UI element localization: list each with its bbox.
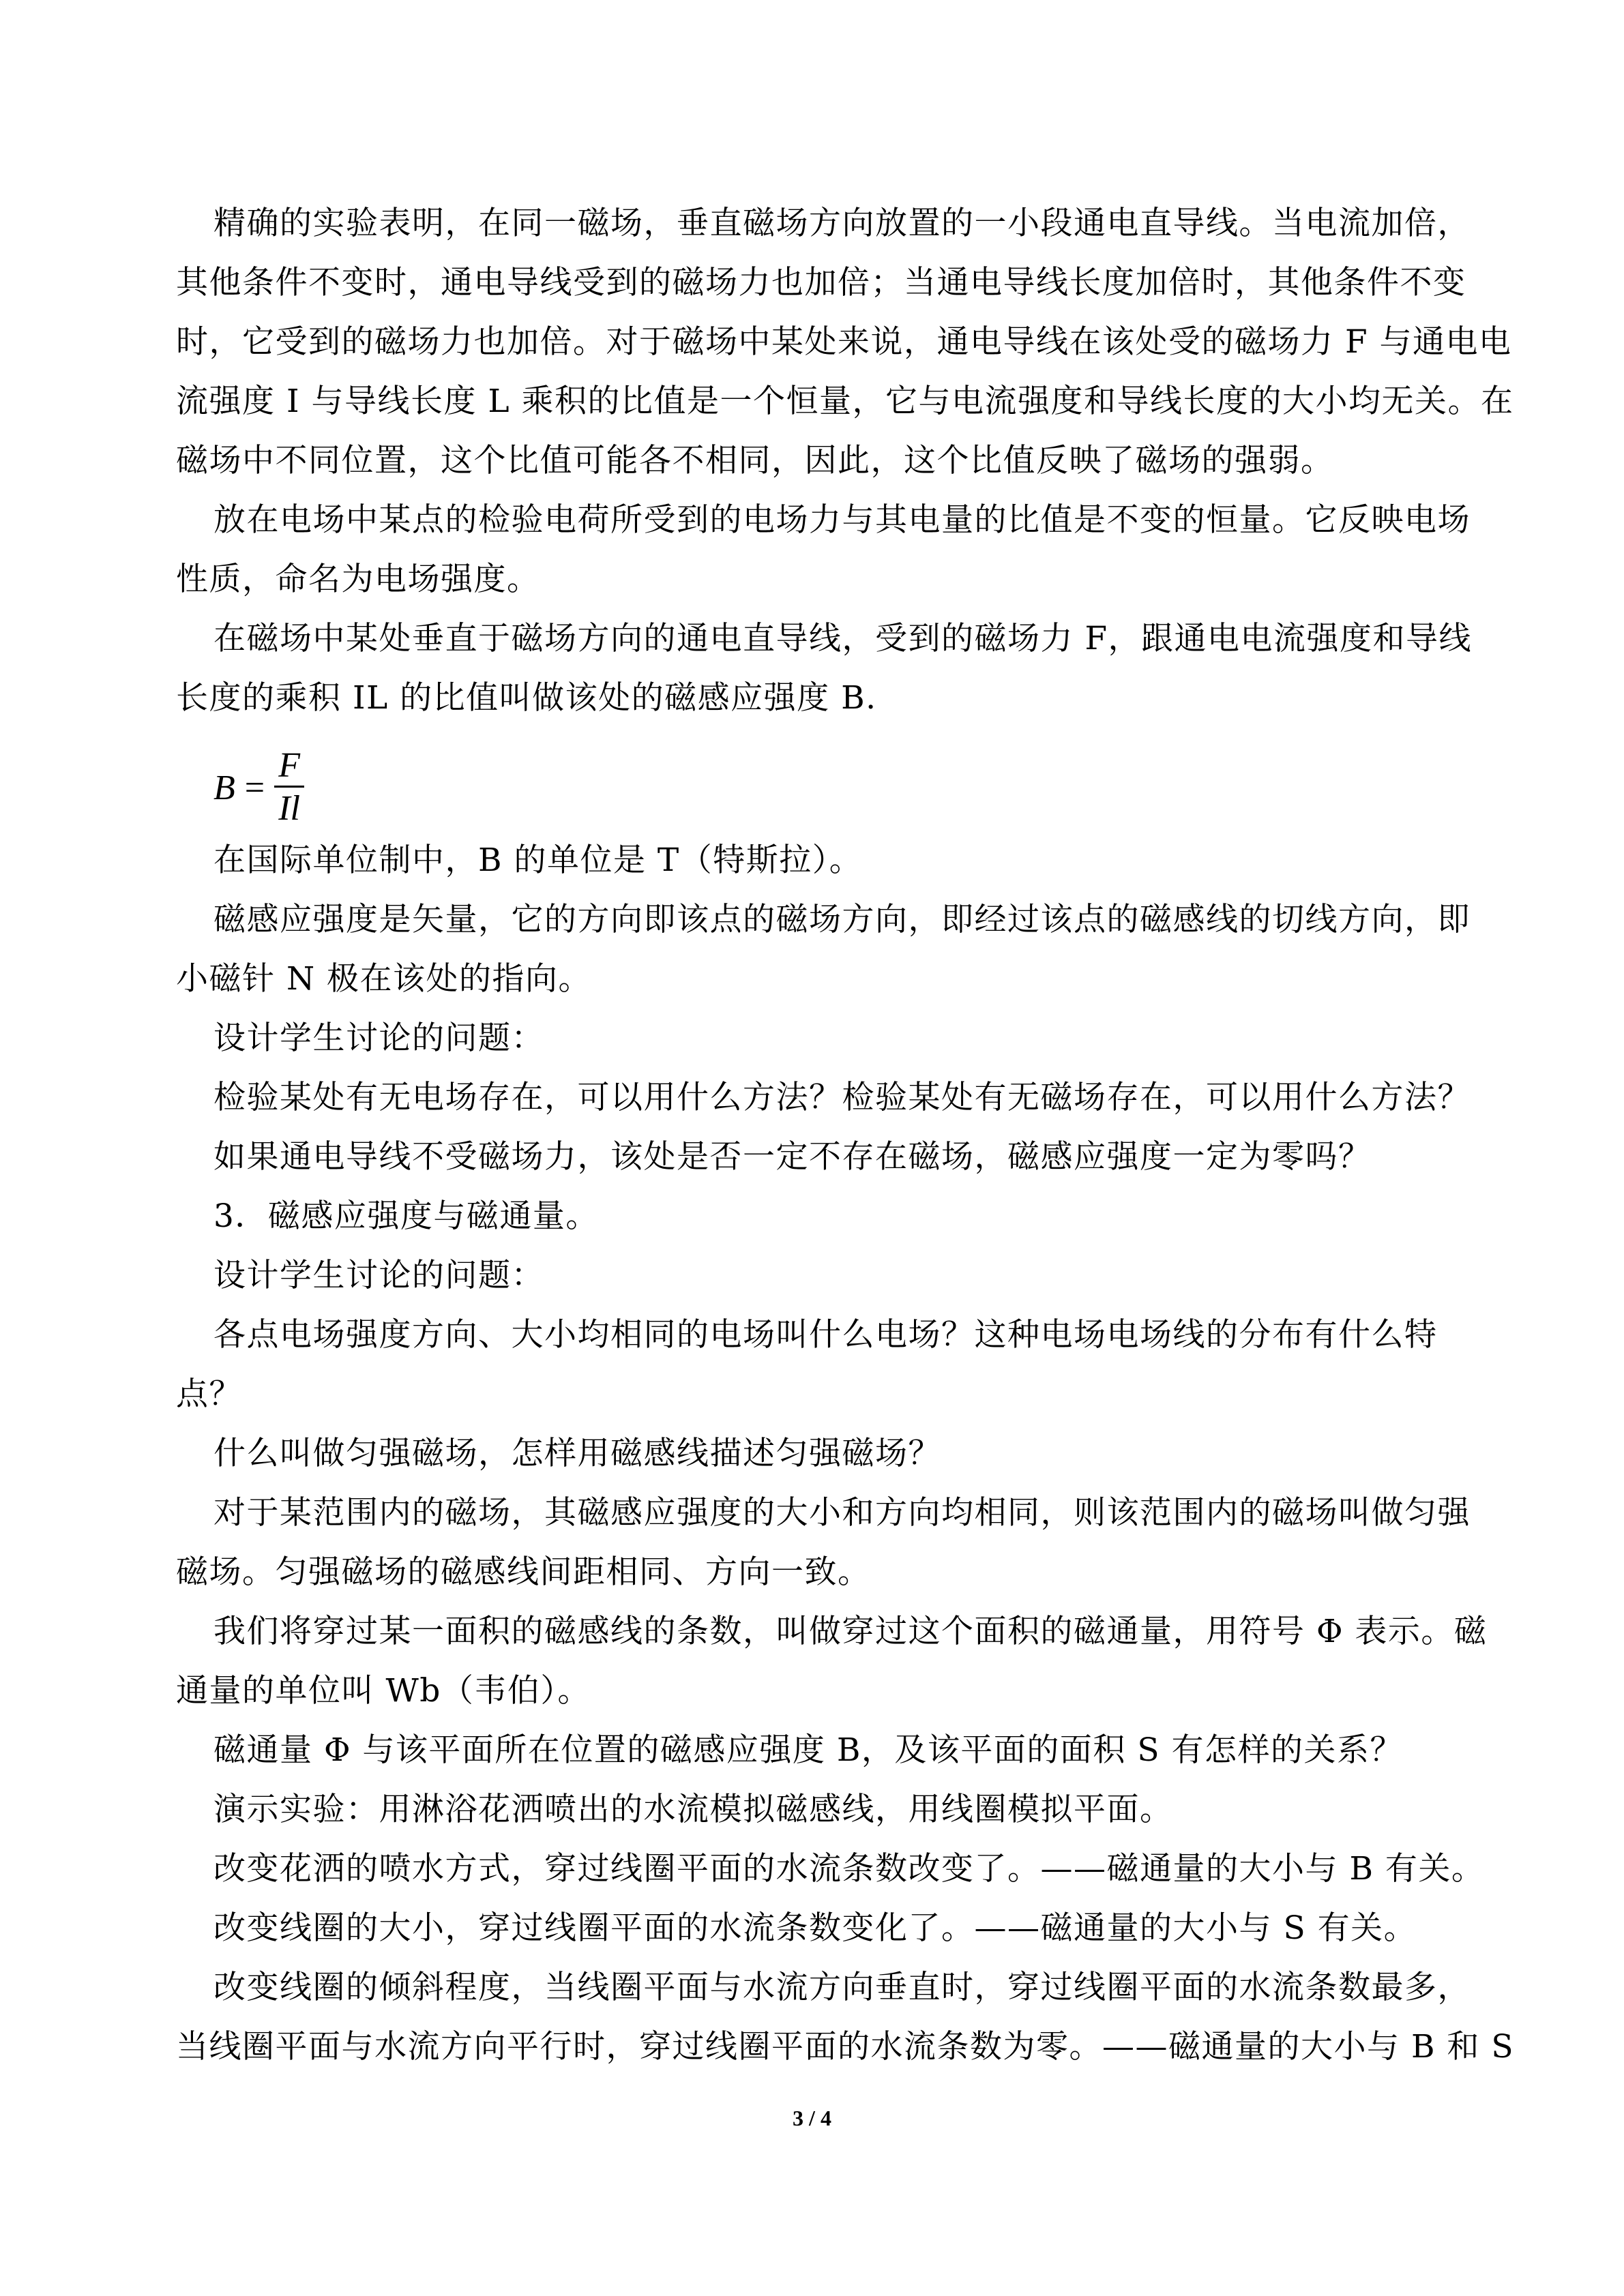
paragraph-line: 其他条件不变时，通电导线受到的磁场力也加倍；当通电导线长度加倍时，其他条件不变 [176,264,1466,302]
paragraph-line: 流强度 I 与导线长度 L 乘积的比值是一个恒量，它与电流强度和导线长度的大小均… [176,383,1514,421]
paragraph-line: 设计学生讨论的问题： [213,1257,544,1295]
paragraph-line: 如果通电导线不受磁场力，该处是否一定不存在磁场，磁感应强度一定为零吗？ [213,1138,1372,1176]
paragraph-line: 磁场。匀强磁场的磁感线间距相同、方向一致。 [176,1553,871,1592]
paragraph-line: 各点电场强度方向、大小均相同的电场叫什么电场？这种电场电场线的分布有什么特 [213,1316,1438,1354]
paragraph-line: 磁通量 Φ 与该平面所在位置的磁感应强度 B，及该平面的面积 S 有怎样的关系？ [213,1731,1403,1770]
paragraph-line: 改变线圈的大小，穿过线圈平面的水流条数变化了。——磁通量的大小与 S 有关。 [213,1909,1417,1948]
document-page: 精确的实验表明，在同一磁场，垂直磁场方向放置的一小段通电直导线。当电流加倍， 其… [0,0,1624,2296]
paragraph-line: 时，它受到的磁场力也加倍。对于磁场中某处来说，通电导线在该处受的磁场力 F 与通… [176,323,1512,361]
paragraph-line: 精确的实验表明，在同一磁场，垂直磁场方向放置的一小段通电直导线。当电流加倍， [213,205,1471,243]
formula-numerator: F [274,746,304,786]
paragraph-line: 磁场中不同位置，这个比值可能各不相同，因此，这个比值反映了磁场的强弱。 [176,442,1334,480]
paragraph-line: 当线圈平面与水流方向平行时，穿过线圈平面的水流条数为零。——磁通量的大小与 B … [176,2028,1514,2066]
formula-lhs: B [213,768,235,808]
paragraph-line: 通量的单位叫 Wb（韦伯）。 [176,1672,591,1710]
paragraph-line: 我们将穿过某一面积的磁感线的条数，叫做穿过这个面积的磁通量，用符号 Φ 表示。磁 [213,1613,1487,1651]
formula-fraction: F Il [274,746,304,830]
paragraph-line: 在国际单位制中，B 的单位是 T（特斯拉）。 [213,841,862,880]
formula-equals: = [245,768,265,808]
page-number: 3 / 4 [0,2106,1624,2131]
paragraph-line: 性质，命名为电场强度。 [176,561,540,599]
paragraph-line: 改变花洒的喷水方式，穿过线圈平面的水流条数改变了。——磁通量的大小与 B 有关。 [213,1850,1484,1888]
paragraph-line: 长度的乘积 IL 的比值叫做该处的磁感应强度 B. [176,679,877,717]
paragraph-line: 对于某范围内的磁场，其磁感应强度的大小和方向均相同，则该范围内的磁场叫做匀强 [213,1494,1471,1532]
paragraph-line: 检验某处有无电场存在，可以用什么方法？检验某处有无磁场存在，可以用什么方法？ [213,1079,1471,1117]
paragraph-line: 在磁场中某处垂直于磁场方向的通电直导线，受到的磁场力 F，跟通电电流强度和导线 [213,620,1472,658]
formula-magnetic-induction: B = F Il [213,740,304,835]
section-heading: 3．磁感应强度与磁通量。 [213,1197,599,1236]
paragraph-line: 放在电场中某点的检验电荷所受到的电场力与其电量的比值是不变的恒量。它反映电场 [213,501,1471,539]
paragraph-line: 小磁针 N 极在该处的指向。 [176,960,591,998]
paragraph-line: 设计学生讨论的问题： [213,1019,544,1058]
paragraph-line: 演示实验：用淋浴花洒喷出的水流模拟磁感线，用线圈模拟平面。 [213,1791,1173,1829]
paragraph-line: 点？ [176,1375,242,1414]
paragraph-line: 什么叫做匀强磁场，怎样用磁感线描述匀强磁场？ [213,1435,941,1473]
paragraph-line: 改变线圈的倾斜程度，当线圈平面与水流方向垂直时，穿过线圈平面的水流条数最多， [213,1969,1471,2007]
paragraph-line: 磁感应强度是矢量，它的方向即该点的磁场方向，即经过该点的磁感线的切线方向，即 [213,901,1471,939]
formula-denominator: Il [274,788,304,830]
